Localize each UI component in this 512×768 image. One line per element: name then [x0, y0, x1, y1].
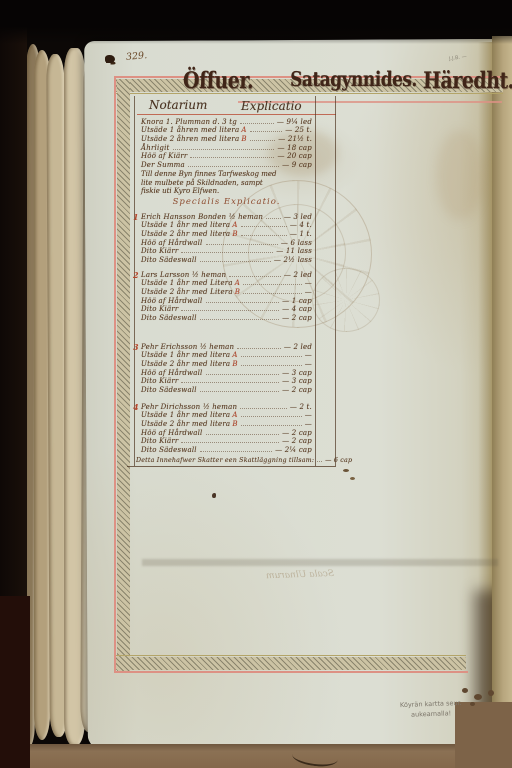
row-value: 25 t.: [285, 126, 312, 134]
damp-stain: [436, 130, 484, 220]
manuscript-row: Höö af Hårdwall1 cap: [141, 296, 312, 305]
manuscript-row: Detta Innehafwer Skatter een Skattläggni…: [136, 455, 313, 464]
row-value: 2¼ cap: [275, 446, 312, 454]
row-value: 4 cap: [282, 305, 312, 313]
photo-background: [0, 0, 512, 44]
table-header-explicatio: Explicatio: [241, 99, 302, 113]
manuscript-row: Der Summa9 cap: [141, 160, 312, 169]
row-value: 3 cap: [282, 369, 312, 377]
manuscript-row: Åhrligit18 cap: [141, 143, 312, 152]
row-value: 1 cap: [282, 297, 312, 305]
photo-background: [0, 596, 30, 768]
row-value: 3 led: [284, 213, 312, 221]
section-rows: Pehr Erichsson ½ heman2 ledUtsäde 1 åhr …: [141, 342, 312, 394]
litera-letter: B: [232, 360, 237, 368]
manuscript-row: Utsäde 2 åhr med literaB: [141, 359, 312, 368]
row-value: 9¼ led: [277, 118, 312, 126]
litera-letter: A: [232, 351, 237, 359]
row-value: [305, 279, 312, 287]
frame-hatch-band: [116, 657, 466, 670]
manuscript-row: Höö af Hårdwall3 cap: [141, 368, 312, 377]
manuscript-row: Höö af Kiärr20 cap: [141, 152, 312, 161]
row-value: 2 led: [284, 271, 312, 279]
table-border-right: [335, 96, 336, 466]
section-number: 2: [133, 270, 139, 280]
manuscript-row: Dito Sädeswall2½ lass: [141, 255, 312, 264]
manuscript-row: Dito Kiärr2 cap: [141, 437, 312, 446]
litera-letter: B: [241, 135, 246, 143]
section-3: 3 Pehr Erichsson ½ heman2 ledUtsäde 1 åh…: [141, 342, 312, 394]
section-2: 2 Lars Larsson ½ heman2 ledUtsäde 1 åhr …: [141, 270, 312, 322]
row-value: 2 cap: [282, 429, 312, 437]
section-1: 1 Erich Hansson Bonden ½ heman3 ledUtsäd…: [141, 212, 312, 264]
table-header-notarium: Notarium: [149, 98, 207, 112]
note-line: Till denne Byn finnes Tarfweskog med: [141, 170, 312, 179]
row-value: 2 t.: [290, 403, 312, 411]
right-page-edge: [492, 36, 512, 738]
note-line: fiskie uti Kyro Elfwen.: [141, 187, 312, 196]
pencil-note-line1: Köyrän kartta seur.: [400, 699, 462, 709]
manuscript-row: Pehr Erichsson ½ heman2 led: [141, 342, 312, 351]
manuscript-photo: Scala Ulnarum 329. J.J.B. — Öffuer. Sata…: [0, 0, 512, 768]
table-border-values: [315, 96, 316, 466]
note-lines: Till denne Byn finnes Tarfweskog medlite…: [141, 170, 312, 196]
header-underline: [137, 114, 336, 115]
section-number: 3: [133, 342, 139, 352]
paper-mark: [343, 469, 349, 472]
row-value: 6 cap: [325, 457, 352, 464]
page-number: 329.: [126, 50, 148, 63]
row-value: [305, 288, 312, 296]
title-word: Häredht.: [423, 70, 512, 93]
section-number: 1: [133, 212, 139, 222]
section-4: 4 Pehr Dirichsson ½ heman2 t.Utsäde 1 åh…: [141, 402, 312, 454]
frame-hatch-band: [117, 79, 130, 671]
manuscript-row: Utsäde 2 åhr med literaB: [141, 419, 312, 428]
frame-line: [114, 76, 116, 673]
manuscript-row: Utsäde 1 åhr med literaA: [141, 351, 312, 360]
row-value: 1 t.: [290, 230, 312, 238]
special-heading: Specialis Explicatio.: [141, 197, 312, 207]
row-value: 6 lass: [281, 239, 312, 247]
note-line: lite mulbete på Skildnaden, sampt: [141, 179, 312, 188]
scalebar-showthrough: [142, 559, 498, 566]
ink-speck: [212, 493, 216, 498]
litera-letter: A: [232, 411, 237, 419]
row-value: 20 cap: [277, 152, 312, 160]
pencil-note-line2: aukeamalla!: [411, 710, 451, 719]
manuscript-row: Utsäde 1 åhr med literaA: [141, 411, 312, 420]
pencil-note: Köyrän kartta seur. aukeamalla!: [376, 697, 487, 722]
manuscript-row: Utsäde 1 åhren med literaA25 t.: [141, 126, 312, 135]
row-value: 21½ t.: [278, 135, 312, 143]
row-value: [305, 351, 312, 359]
manuscript-row: Utsäde 2 åhr med LiteraB: [141, 287, 312, 296]
row-value: 11 lass: [276, 247, 312, 255]
seal-showthrough: [312, 268, 380, 332]
manuscript-row: Knora 1. Plumman d. 3 tg9¼ led: [141, 117, 312, 126]
frame-line: [116, 671, 468, 673]
manuscript-row: Höö af Hårdwall6 lass: [141, 238, 312, 247]
paper-mark: [350, 477, 355, 480]
row-value: 2 cap: [282, 437, 312, 445]
section-rows: Lars Larsson ½ heman2 ledUtsäde 1 åhr me…: [141, 270, 312, 322]
section-rows: Erich Hansson Bonden ½ heman3 ledUtsäde …: [141, 212, 312, 264]
row-value: 2 cap: [282, 386, 312, 394]
manuscript-row: Dito Kiärr4 cap: [141, 305, 312, 314]
table-body: Knora 1. Plumman d. 3 tg9¼ ledUtsäde 1 å…: [141, 117, 312, 469]
litera-letter: B: [232, 230, 237, 238]
section-rows: Pehr Dirichsson ½ heman2 t.Utsäde 1 åhr …: [141, 402, 312, 454]
manuscript-row: Utsäde 2 åhren med literaB21½ t.: [141, 134, 312, 143]
ink-blot: [105, 55, 115, 63]
title-word: Satagynnides.: [290, 70, 417, 90]
litera-letter: B: [232, 420, 237, 428]
summary-row: Detta Innehafwer Skatter een Skattläggni…: [136, 455, 313, 464]
manuscript-row: Dito Sädeswall2¼ cap: [141, 445, 312, 454]
manuscript-row: Utsäde 1 åhr med LiteraA: [141, 279, 312, 288]
manuscript-row: Utsäde 2 åhr med literaB1 t.: [141, 229, 312, 238]
manuscript-row: Erich Hansson Bonden ½ heman3 led: [141, 212, 312, 221]
row-value: 4 t.: [290, 221, 312, 229]
section-number: 4: [133, 402, 139, 412]
manuscript-row: Utsäde 1 åhr med literaA4 t.: [141, 221, 312, 230]
title-word: Öffuer.: [183, 70, 254, 93]
row-value: [305, 411, 312, 419]
manuscript-row: Dito Kiärr3 cap: [141, 377, 312, 386]
manuscript-row: Höö af Hårdwall2 cap: [141, 428, 312, 437]
manuscript-row: Dito Sädeswall2 cap: [141, 385, 312, 394]
row-value: 2 cap: [282, 314, 312, 322]
manuscript-row: Dito Kiärr11 lass: [141, 247, 312, 256]
manuscript-row: Dito Sädeswall2 cap: [141, 313, 312, 322]
frame-line: [116, 655, 466, 656]
row-value: [305, 360, 312, 368]
row-value: 18 cap: [277, 144, 312, 152]
litera-letter: A: [235, 279, 240, 287]
litera-letter: A: [232, 221, 237, 229]
manuscript-row: Lars Larsson ½ heman2 led: [141, 270, 312, 279]
row-value: [305, 420, 312, 428]
row-value: 2 led: [284, 343, 312, 351]
row-value: 2½ lass: [274, 256, 312, 264]
row-value: 3 cap: [282, 377, 312, 385]
manuscript-row: Pehr Dirichsson ½ heman2 t.: [141, 402, 312, 411]
intro-rows: Knora 1. Plumman d. 3 tg9¼ ledUtsäde 1 å…: [141, 117, 312, 169]
litera-letter: A: [241, 126, 246, 134]
book-cover: [20, 744, 512, 768]
row-value: 9 cap: [282, 161, 312, 169]
litera-letter: B: [235, 288, 240, 296]
